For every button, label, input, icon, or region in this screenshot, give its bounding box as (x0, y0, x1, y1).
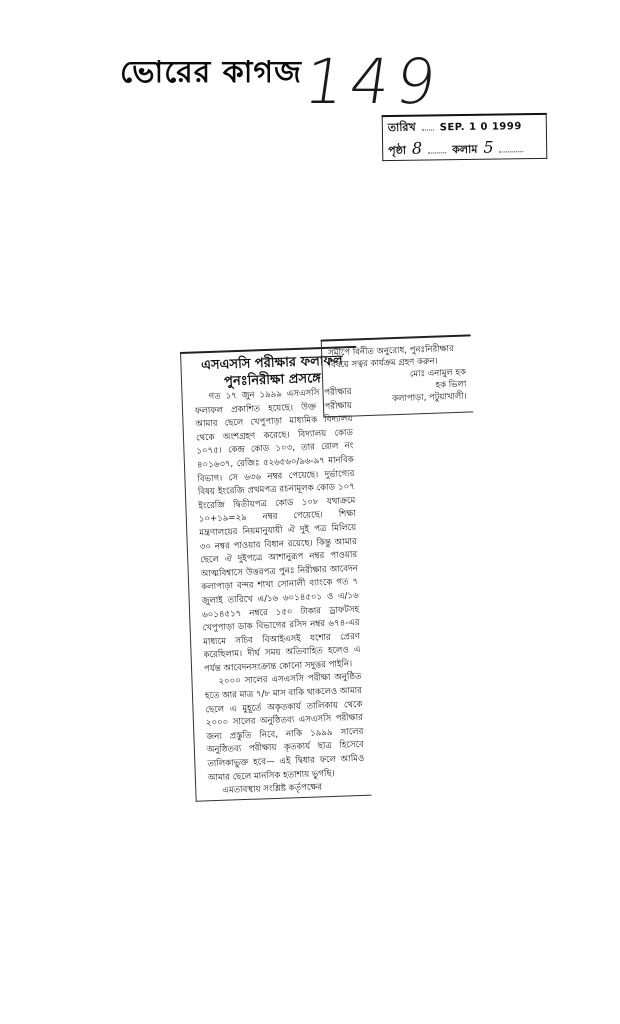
article-continuation-clipping: সমীপে বিনীত অনুরোধ, পুনঃনিরীক্ষার বিষয়ে… (321, 334, 474, 417)
stamp-page-value: 8 (412, 139, 422, 158)
article-paragraph: গত ১৭ জুন ১৯৯৯ এসএসসি পরীক্ষার ফলাফল প্র… (194, 386, 361, 677)
dotted-line (428, 152, 446, 153)
date-stamp: তারিখ SEP. 1 0 1999 পৃষ্ঠা 8 কলাম 5 (382, 113, 548, 161)
stamp-column-value: 5 (483, 138, 493, 157)
article-paragraph: ২০০০ সালের এসএসসি পরীক্ষা অনুষ্ঠিত হতে আ… (204, 671, 365, 785)
stamp-column-label: কলাম (452, 141, 477, 160)
stamp-date-label: তারিখ (388, 119, 416, 138)
dotted-line (500, 151, 524, 152)
stamp-date-value: SEP. 1 0 1999 (440, 121, 522, 133)
article-body: গত ১৭ জুন ১৯৯৯ এসএসসি পরীক্ষার ফলাফল প্র… (194, 386, 365, 799)
handwritten-number: 149 (300, 45, 447, 118)
dotted-line (422, 129, 434, 130)
stamp-date-row: তারিখ SEP. 1 0 1999 (388, 117, 541, 139)
stamp-page-label: পৃষ্ঠা (388, 142, 406, 161)
newspaper-masthead: ভোরের কাগজ (120, 48, 302, 99)
stamp-page-row: পৃষ্ঠা 8 কলাম 5 (388, 137, 541, 159)
